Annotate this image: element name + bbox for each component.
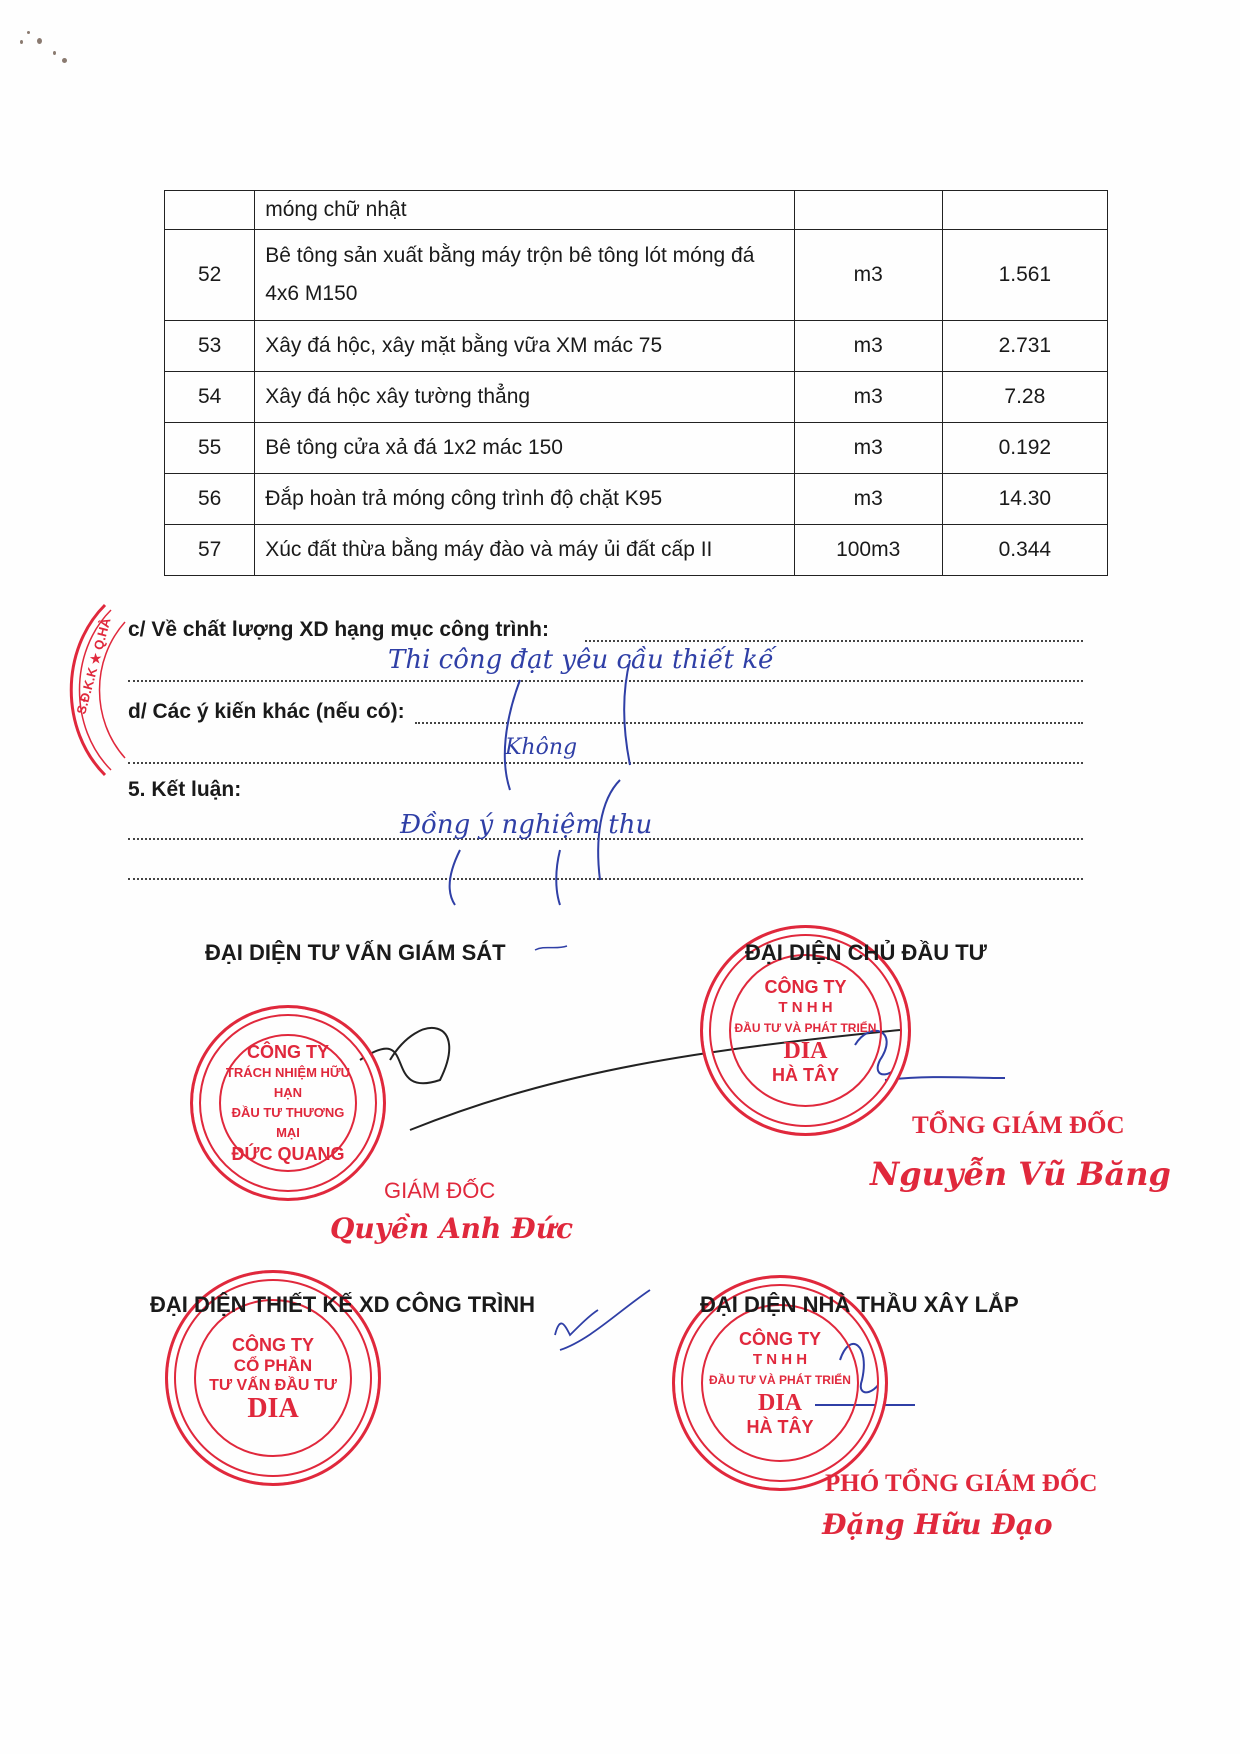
owner-title: ĐẠI DIỆN CHỦ ĐẦU TƯ — [745, 940, 987, 966]
stamp-line: CỔ PHẦN — [234, 1356, 312, 1376]
stamp-line: ĐỨC QUANG — [232, 1143, 345, 1165]
stamp-line: CÔNG TY — [739, 1328, 821, 1350]
stamp-line: T N H H — [753, 1350, 807, 1370]
stamp-line: CÔNG TY — [247, 1041, 329, 1063]
stamp-line: ĐẦU TƯ VÀ PHÁT TRIỂN — [709, 1370, 851, 1390]
contractor-title: ĐẠI DIỆN NHÀ THẦU XÂY LẮP — [700, 1292, 1019, 1318]
supervisor-role: GIÁM ĐỐC — [384, 1178, 495, 1204]
stamp-line: DIA — [758, 1390, 802, 1416]
stamp-line: HÀ TÂY — [747, 1416, 814, 1438]
document-page: móng chữ nhật52Bê tông sản xuất bằng máy… — [0, 0, 1240, 1754]
stamp-line: CÔNG TY — [232, 1334, 314, 1356]
owner-role: TỔNG GIÁM ĐỐC — [912, 1112, 1125, 1140]
designer-title: ĐẠI DIỆN THIẾT KẾ XD CÔNG TRÌNH — [150, 1292, 535, 1318]
contractor-name: Đặng Hữu Đạo — [822, 1508, 1053, 1541]
stamp-line: DIA — [783, 1038, 827, 1064]
stamp-line: ĐẦU TƯ VÀ PHÁT TRIỂN — [735, 1018, 877, 1038]
supervisor-company-stamp: CÔNG TY TRÁCH NHIỆM HỮU HẠN ĐẦU TƯ THƯƠN… — [190, 1005, 386, 1201]
stamp-line: T N H H — [778, 998, 832, 1018]
stamp-line: DIA — [247, 1396, 298, 1422]
owner-name: Nguyễn Vũ Băng — [870, 1155, 1171, 1193]
stamp-line: HÀ TÂY — [772, 1064, 839, 1086]
supervisor-name: Quyền Anh Đức — [330, 1212, 573, 1245]
stamp-line: ĐẦU TƯ THƯƠNG MẠI — [221, 1103, 355, 1143]
supervisor-title: ĐẠI DIỆN TƯ VẤN GIÁM SÁT — [205, 940, 506, 966]
stamp-line: CÔNG TY — [764, 976, 846, 998]
contractor-role: PHÓ TỔNG GIÁM ĐỐC — [825, 1470, 1097, 1498]
stamp-line: TRÁCH NHIỆM HỮU HẠN — [221, 1063, 355, 1103]
